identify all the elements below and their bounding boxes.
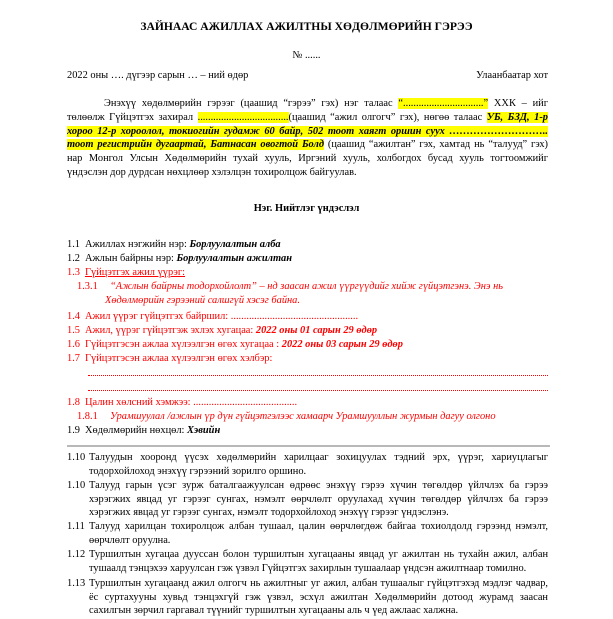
item-label: Ажил үүрэг гүйцэтгэх байршил: <box>85 311 231 322</box>
employee-address: УБ, БЗД, 1-р <box>487 112 548 123</box>
clause-1-10a: 1.10Талуудын хооронд үүсэх хөдөлмөрийн х… <box>67 451 548 478</box>
clause-text: хэрэгжих явцад уг гэрээг сунгах, нэмэлт … <box>67 493 548 507</box>
contract-number: № ...... <box>0 50 613 61</box>
clause-number: 1.11 <box>67 520 89 534</box>
intro-text: (цаашид “ажилтан” гэх, хамтад нь “талууд… <box>324 139 548 150</box>
item-number: 1.3.1 <box>77 280 110 293</box>
item-number: 1.9 <box>67 424 85 437</box>
item-1-3: 1.3Гүйцэтгэх ажил үүрэг: <box>67 266 185 279</box>
item-1-6: 1.6Гүйцэтгэсэн ажлаа хүлээлгэн өгөх хуга… <box>67 338 403 351</box>
clause-text: Талууд харилцан тохиролцож албан тушаал,… <box>89 521 548 532</box>
intro-line-2: төлөөлж Гүйцэтгэх захирал ..............… <box>67 111 548 125</box>
item-label: Ажлын байрны нэр: <box>85 253 177 264</box>
clause-text: Туршилтын хугацаа дууссан болон туршилты… <box>89 549 548 560</box>
section-title: Нэг. Нийтлэг үндэслэл <box>0 203 613 214</box>
intro-line-1: Энэхүү хөдөлмөрийн гэрээг (цаашид “гэрээ… <box>67 97 548 111</box>
item-number: 1.8.1 <box>77 410 110 423</box>
clause-text: Талуудын хооронд үүсэх хөдөлмөрийн харил… <box>89 452 548 463</box>
item-text: Урамшуулал /ажлын үр дүн гүйцэтгэлээс ха… <box>110 411 496 422</box>
item-number: 1.8 <box>67 396 85 409</box>
intro-text: Энэхүү хөдөлмөрийн гэрээг (цаашид “гэрээ… <box>104 98 398 109</box>
director-name-blank[interactable]: ................................... <box>198 112 289 123</box>
item-1-3-1: 1.3.1“Ажлын байрны тодорхойлолт” – нд за… <box>77 280 503 293</box>
item-1-2: 1.2Ажлын байрны нэр: Борлуулалтын ажилта… <box>67 252 292 265</box>
item-label: Гүйцэтгэсэн ажлаа хүлээлгэн өгөх хэлбэр: <box>85 353 272 364</box>
document-title: ЗАЙНААС АЖИЛЛАХ АЖИЛТНЫ ХӨДӨЛМӨРИЙН ГЭРЭ… <box>0 20 613 33</box>
item-value: Борлуулалтын алба <box>189 239 280 250</box>
item-number: 1.1 <box>67 238 85 251</box>
clause-1-13: 1.13Туршилтын хугацаанд ажил олгогч нь а… <box>67 577 548 618</box>
item-text: “Ажлын байрны тодорхойлолт” – нд заасан … <box>110 281 503 292</box>
item-number: 1.6 <box>67 338 85 351</box>
item-1-9: 1.9Хөдөлмөрийн нөхцөл: Хэвийн <box>67 424 220 437</box>
employee-address: хороо 12-р хороолол, токиогийн гудамж 60… <box>67 126 548 137</box>
item-value: Борлуулалтын ажилтан <box>177 253 293 264</box>
salary-blank[interactable]: ........................................ <box>193 397 297 408</box>
item-label: Цалин хөлсний хэмжээ: <box>85 397 193 408</box>
clause-1-10b: 1.10Талууд гарын үсэг зурж баталгаажуулс… <box>67 479 548 520</box>
intro-text: (цаашид “ажил олгогч” гэх), нөгөө талаас <box>289 112 487 123</box>
item-1-8-1: 1.8.1Урамшуулал /ажлын үр дүн гүйцэтгэлэ… <box>77 410 496 423</box>
item-number: 1.5 <box>67 324 85 337</box>
item-value: Хэвийн <box>187 425 220 436</box>
item-1-5: 1.5Ажил, үүрэг гүйцэтгэж эхлэх хугацаа: … <box>67 324 377 337</box>
clause-number: 1.12 <box>67 548 89 562</box>
clause-1-12: 1.12Туршилтын хугацаа дууссан болон турш… <box>67 548 548 575</box>
item-number: 1.4 <box>67 310 85 323</box>
item-1-4: 1.4Ажил үүрэг гүйцэтгэх байршил: .......… <box>67 310 358 323</box>
intro-text: төлөөлж Гүйцэтгэх захирал <box>67 112 198 123</box>
item-number: 1.2 <box>67 252 85 265</box>
item-1-8: 1.8Цалин хөлсний хэмжээ: ...............… <box>67 396 297 409</box>
employee-identity: тоот регистрийн дугаартай, Батнасан овог… <box>67 139 324 150</box>
item-label: Гүйцэтгэх ажил үүрэг: <box>85 267 185 278</box>
item-label: Ажиллах нэгжийн нэр: <box>85 239 189 250</box>
clause-text: ёс суртахууны хувьд тэнцэхгүй гэж үзвэл,… <box>67 591 548 605</box>
city: Улаанбаатар хот <box>476 70 548 81</box>
intro-paragraph: Энэхүү хөдөлмөрийн гэрээг (цаашид “гэрээ… <box>67 97 548 180</box>
item-1-3-1-cont: Хөдөлмөрийн гэрээний салшгүй хэсэг байна… <box>105 294 300 307</box>
clause-text: Талууд гарын үсэг зурж баталгаажуулсан ө… <box>89 480 548 491</box>
clause-number: 1.10 <box>67 479 89 493</box>
company-name-blank[interactable]: “...............................” <box>398 98 488 109</box>
delivery-date: 2022 оны 03 сарын 29 өдөр <box>282 339 403 350</box>
item-label: Ажил, үүрэг гүйцэтгэж эхлэх хугацаа: <box>85 325 256 336</box>
clause-text: хэрэгжих явцад уг гэрээг сунгах, нэмэлт … <box>67 506 548 520</box>
clause-text: өөрчлөлт оруулна. <box>67 534 548 548</box>
start-date: 2022 оны 01 сарын 29 өдөр <box>256 325 377 336</box>
intro-line-3: хороо 12-р хороолол, токиогийн гудамж 60… <box>67 125 548 139</box>
item-1-1: 1.1Ажиллах нэгжийн нэр: Борлуулалтын алб… <box>67 238 281 251</box>
date-line: 2022 оны …. дүгээр сарын … – ний өдөр <box>67 70 248 81</box>
section-separator <box>67 445 550 447</box>
delivery-form-blank-2[interactable] <box>88 390 548 391</box>
location-blank[interactable]: ........................................… <box>231 311 358 322</box>
clause-text: тодорхойлоход энэхүү гэрээний зорилго ор… <box>67 465 548 479</box>
clause-text: тушаалд тэнцэхээ харуулсан гэж үзвэл Гүй… <box>67 562 548 576</box>
clause-1-11: 1.11Талууд харилцан тохиролцож албан туш… <box>67 520 548 547</box>
item-number: 1.7 <box>67 352 85 365</box>
clause-number: 1.13 <box>67 577 89 591</box>
clause-text: сахилгын зөрчил гаргавал түүнийг туршилт… <box>67 604 548 618</box>
clause-number: 1.10 <box>67 451 89 465</box>
intro-line-6: үндэслэн дор дурдсан нөхцлөөр хэлэлцэн т… <box>67 166 548 180</box>
item-label: Гүйцэтгэсэн ажлаа хүлээлгэн өгөх хугацаа… <box>85 339 282 350</box>
intro-line-5: нар Монгол Улсын Хөдөлмөрийн тухай хууль… <box>67 152 548 166</box>
item-number: 1.3 <box>67 266 85 279</box>
intro-line-4: тоот регистрийн дугаартай, Батнасан овог… <box>67 138 548 152</box>
delivery-form-blank-1[interactable] <box>88 375 548 376</box>
clause-text: Туршилтын хугацаанд ажил олгогч нь ажилт… <box>89 578 548 589</box>
item-1-7: 1.7Гүйцэтгэсэн ажлаа хүлээлгэн өгөх хэлб… <box>67 352 272 365</box>
intro-text: ХХК – ийг <box>488 98 548 109</box>
item-label: Хөдөлмөрийн нөхцөл: <box>85 425 187 436</box>
